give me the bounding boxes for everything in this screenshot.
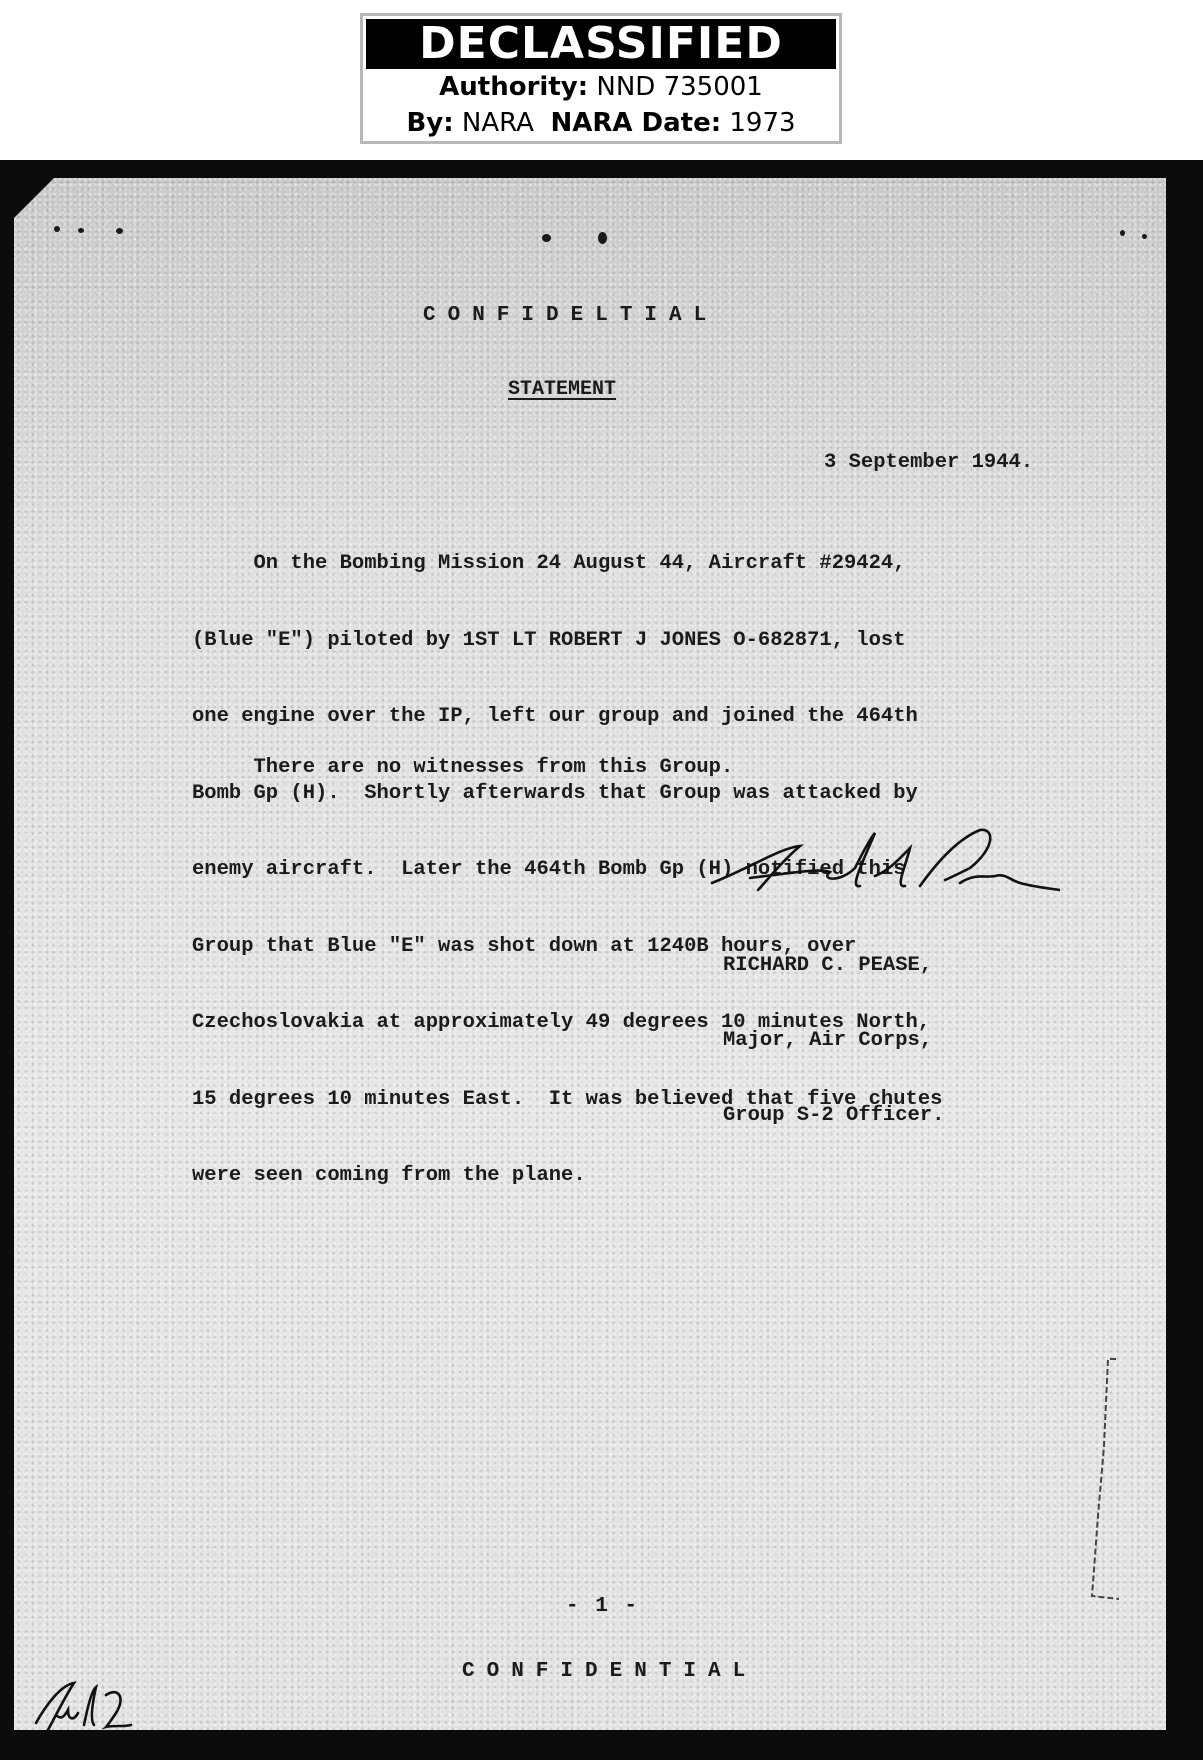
document-date: 3 September 1944.: [824, 451, 1033, 474]
statement-paragraph-2: There are no witnesses from this Group.: [192, 755, 733, 781]
paragraph-line: (Blue "E") piloted by 1ST LT ROBERT J JO…: [192, 628, 942, 654]
speck-mark: [1142, 234, 1147, 239]
classification-footer: CONFIDENTIAL: [462, 1660, 757, 1683]
stamp-authority-label: Authority:: [439, 72, 588, 102]
speck-mark: [78, 228, 84, 233]
paragraph-line: one engine over the IP, left our group a…: [192, 704, 942, 730]
handwritten-note-incl-2: Incl 2: [26, 1675, 136, 1735]
stamp-date-value: 1973: [729, 108, 795, 138]
signer-name: RICHARD C. PEASE,: [723, 953, 944, 978]
stamp-by-label: By:: [406, 108, 453, 138]
stamp-banner: DECLASSIFIED: [366, 19, 836, 69]
speck-mark: [542, 234, 551, 242]
document-title: STATEMENT: [508, 378, 616, 401]
declassified-stamp: DECLASSIFIED Authority: NND 735001 By: N…: [360, 13, 842, 144]
signature-block: RICHARD C. PEASE, Major, Air Corps, Grou…: [723, 903, 944, 1153]
corner-fold: [14, 178, 54, 218]
speck-mark: [116, 228, 123, 234]
signer-title: Group S-2 Officer.: [723, 1103, 944, 1128]
signer-rank: Major, Air Corps,: [723, 1028, 944, 1053]
paragraph-line: were seen coming from the plane.: [192, 1163, 942, 1189]
classification-header: CONFIDELTIAL: [423, 304, 718, 327]
stamp-by-date: By: NARA NARA Date: 1973: [363, 105, 839, 141]
stamp-authority: Authority: NND 735001: [363, 69, 839, 105]
speck-mark: [598, 232, 607, 244]
stamp-date-label: NARA Date:: [550, 108, 721, 138]
speck-mark: [1120, 230, 1125, 236]
paragraph-line: Bomb Gp (H). Shortly afterwards that Gro…: [192, 781, 942, 807]
margin-bracket-mark: [1084, 1356, 1124, 1601]
speck-mark: [54, 226, 60, 232]
handwritten-signature: [710, 828, 1060, 908]
stamp-by-value: NARA: [462, 108, 534, 138]
paragraph-line: On the Bombing Mission 24 August 44, Air…: [192, 551, 942, 577]
stamp-authority-value: NND 735001: [596, 72, 762, 102]
page-number: - 1 -: [566, 1595, 639, 1618]
